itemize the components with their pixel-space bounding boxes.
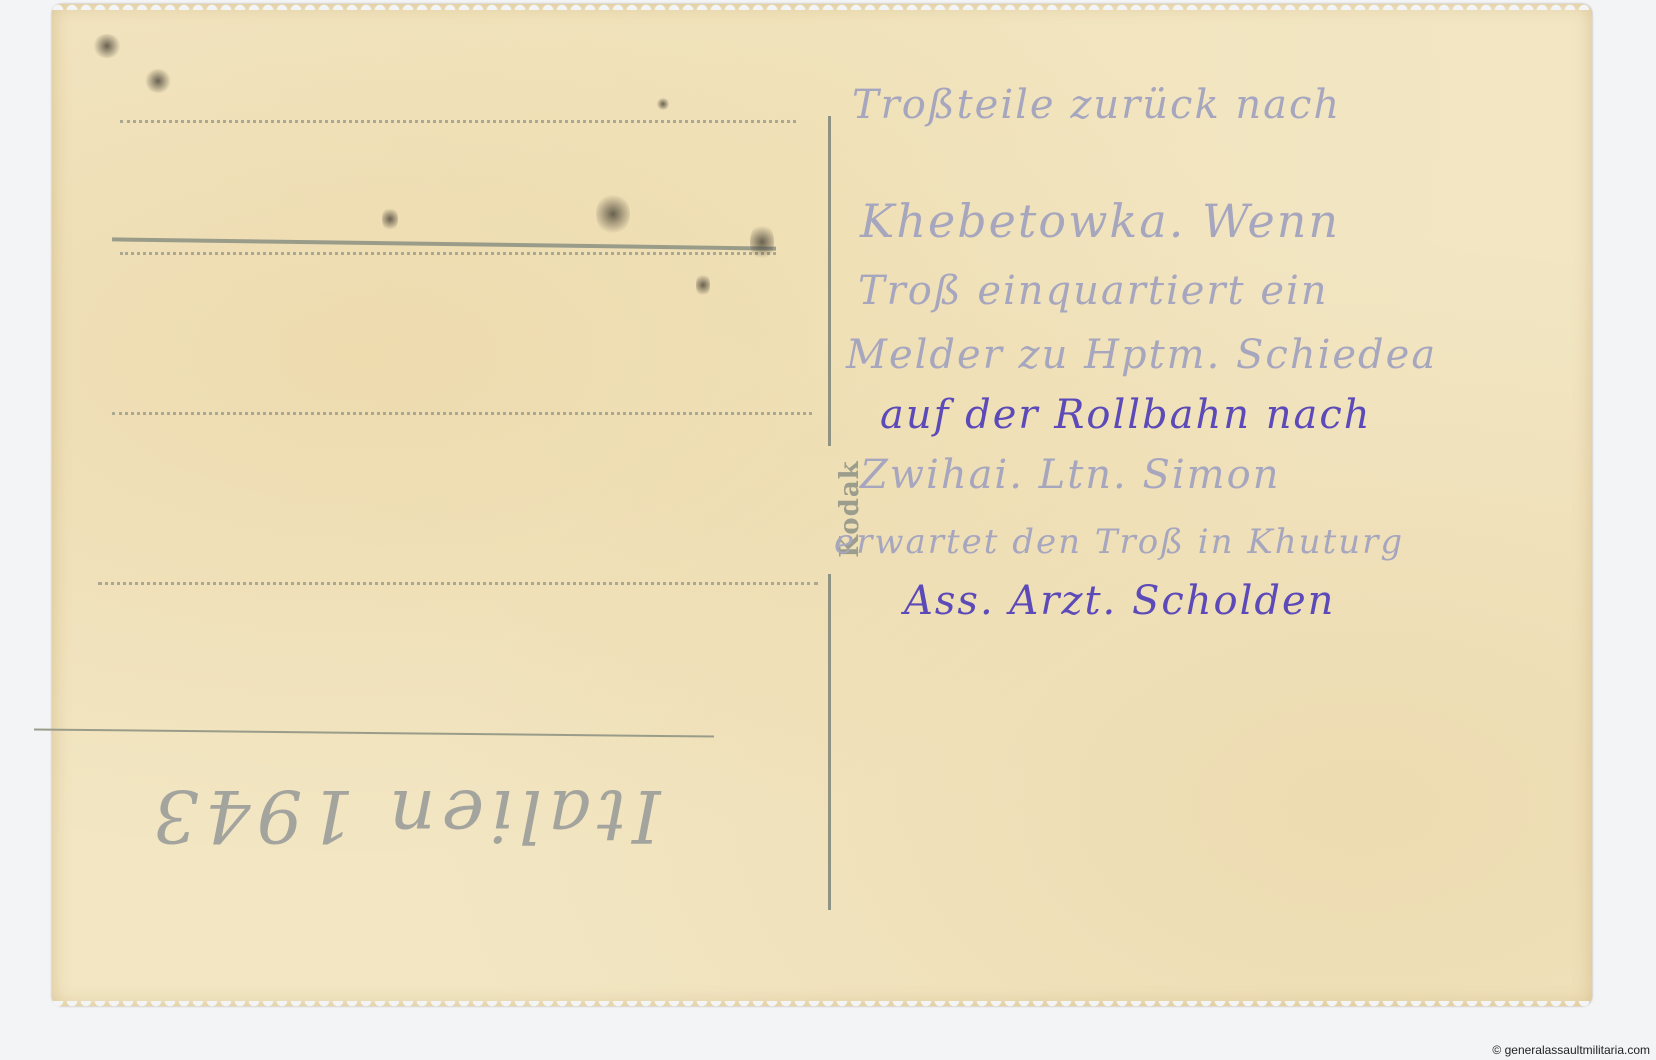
deckled-edge-bottom [52,1001,1592,1011]
message-line-7: erwartet den Troß in Khuturg [834,522,1404,562]
message-line-6: Zwihai. Ltn. Simon [860,452,1280,498]
stain [656,98,670,110]
message-line-4: Melder zu Hptm. Schiedea [846,332,1437,378]
stain [92,34,122,58]
stain [750,222,774,262]
message-line-2: Khebetowka. Wenn [860,194,1340,248]
postcard-back: Kodak Troßteile zurück nach Khebetowka. … [52,4,1592,1006]
stain [144,69,172,93]
stain [696,272,710,298]
message-line-1: Troßteile zurück nach [852,82,1341,128]
stain [596,192,630,236]
message-line-5: auf der Rollbahn nach [880,392,1372,438]
message-line-3: Troß einquartiert ein [858,268,1329,314]
message-line-8: Ass. Arzt. Scholden [904,578,1335,624]
address-line-3 [112,412,812,415]
address-divider [112,237,776,250]
center-divider-upper [828,116,831,446]
bottom-rule [34,728,714,737]
date-inscription: Italien 1943 [147,774,660,858]
address-line-1 [120,120,796,123]
stain [382,206,398,232]
deckled-edge-top [52,0,1592,10]
copyright-notice: © generalassaultmilitaria.com [1492,1043,1650,1057]
address-line-4 [98,582,818,585]
address-line-2 [120,252,776,255]
center-divider-lower [828,574,831,910]
